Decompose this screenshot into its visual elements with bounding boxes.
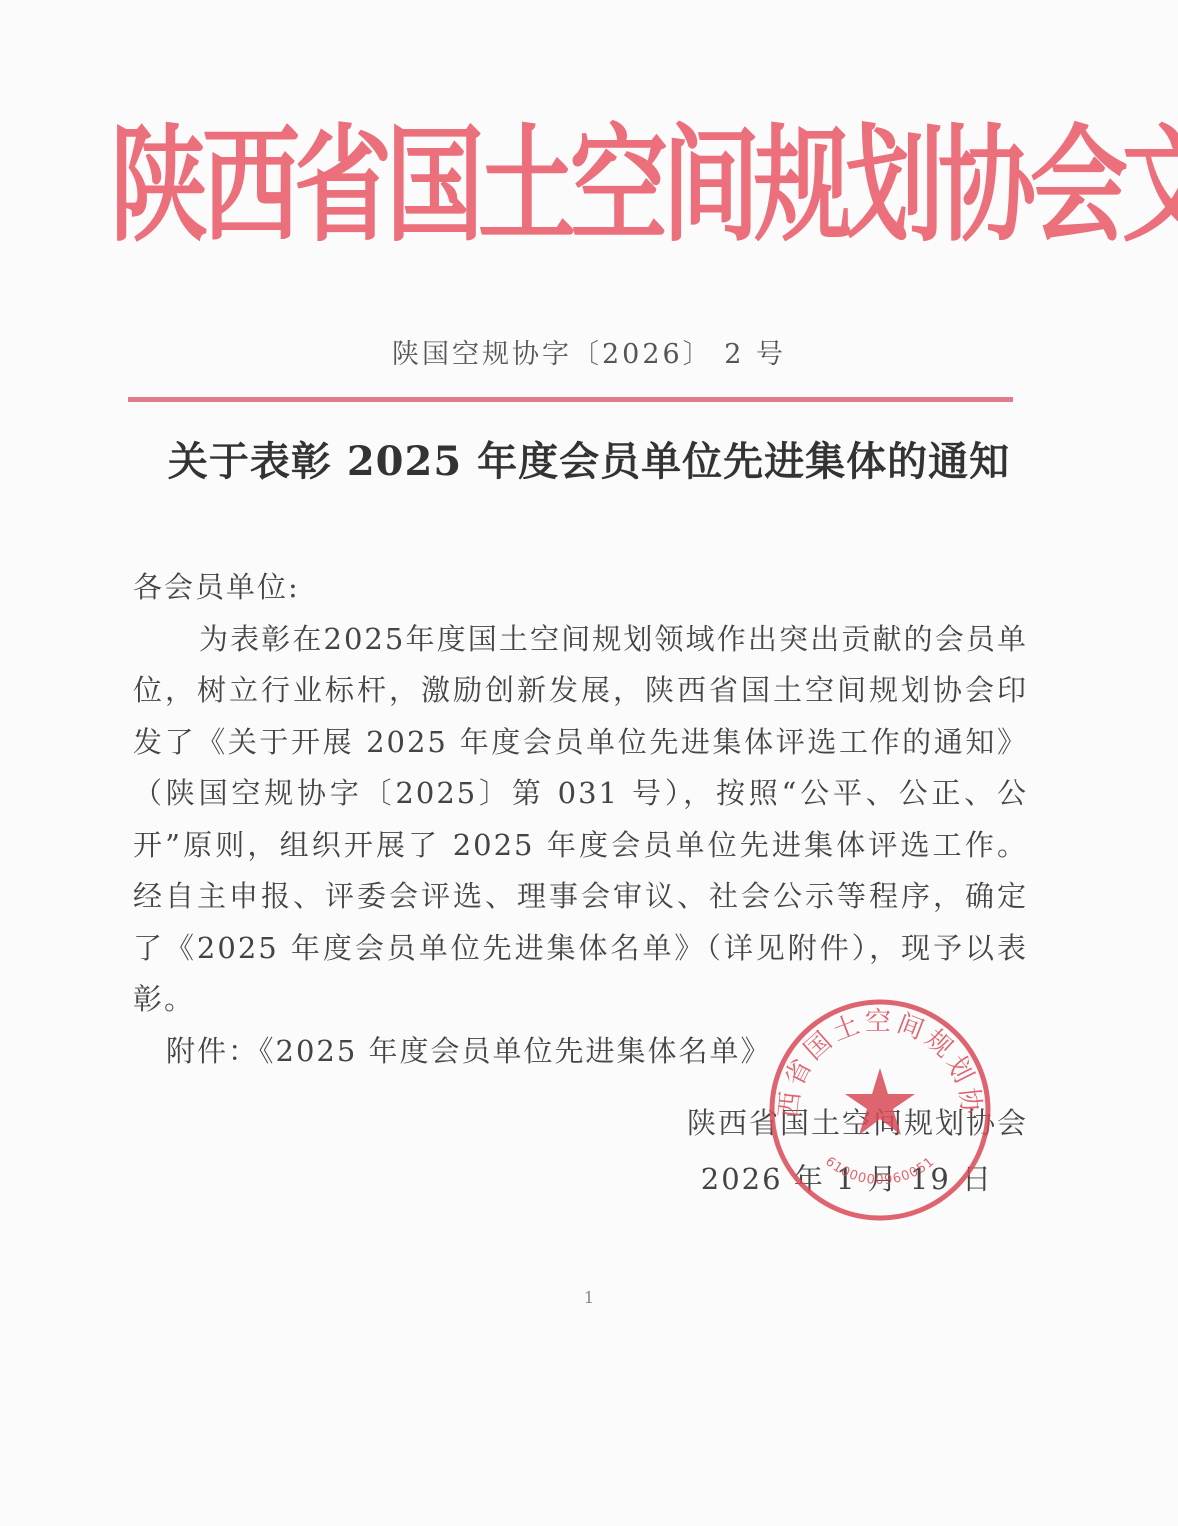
signing-organization: 陕西省国土空间规划协会 [687,1095,1028,1151]
document-page: 陕西省国土空间规划协会文件 陕国空规协字〔2026〕 2 号 关于表彰 2025… [0,0,1178,1526]
signature-block: 陕西省国土空间规划协会 2026 年 1 月 19 日 [687,1095,1028,1207]
body-paragraph: 为表彰在2025年度国土空间规划领域作出突出贡献的会员单位，树立行业标杆，激励创… [133,614,1028,1026]
document-masthead: 陕西省国土空间规划协会文件 [110,91,1070,283]
page-number: 1 [0,1288,1178,1307]
attachment-line: 附件：《2025 年度会员单位先进集体名单》 [166,1026,1028,1078]
signing-date: 2026 年 1 月 19 日 [687,1151,993,1207]
document-number: 陕国空规协字〔2026〕 2 号 [0,332,1178,371]
notice-title: 关于表彰 2025 年度会员单位先进集体的通知 [0,430,1178,487]
red-divider-line [128,397,1013,402]
salutation: 各会员单位: [133,562,1028,614]
notice-body: 各会员单位: 为表彰在2025年度国土空间规划领域作出突出贡献的会员单位，树立行… [133,562,1028,1077]
